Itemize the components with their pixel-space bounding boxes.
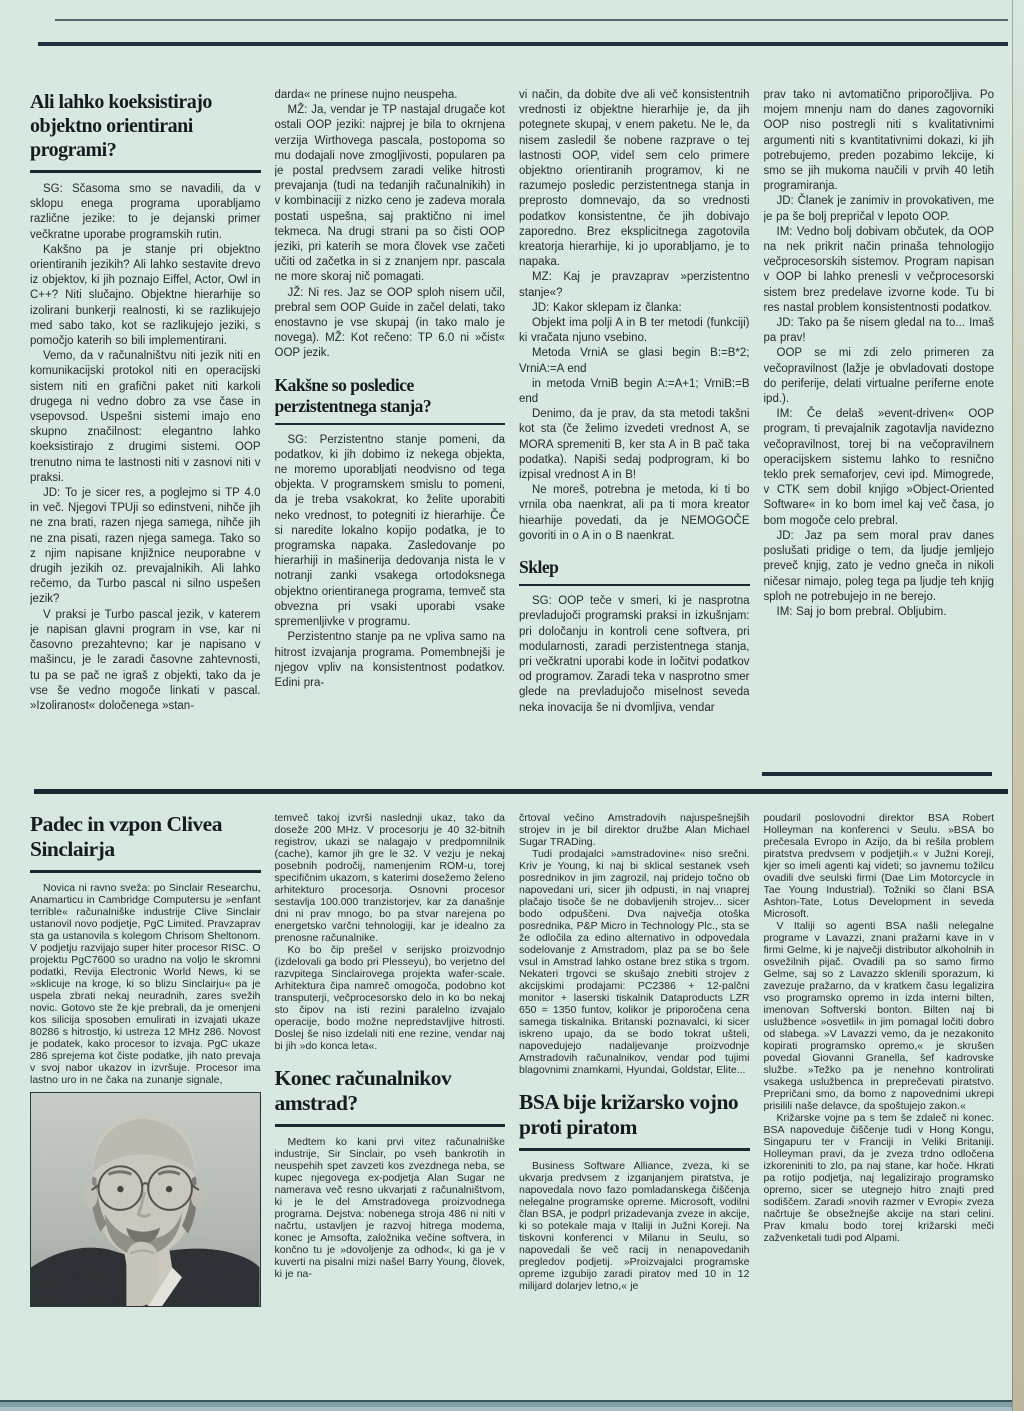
- amstrad-col2-text: Medtem ko kani prvi vitez računalniške i…: [275, 1136, 506, 1280]
- paragraph: Medtem ko kani prvi vitez računalniške i…: [275, 1136, 506, 1280]
- news-section: Padec in vzpon Clivea Sinclairja Novica …: [30, 812, 994, 1400]
- oop-column-3: vi način, da dobite dve ali več konsiste…: [519, 88, 750, 789]
- paragraph: V Italiji so agenti BSA našli nelegalne …: [764, 920, 995, 1112]
- paragraph: IM: Če delaš »event-driven« OOP program,…: [764, 407, 995, 529]
- paragraph: Ko bo čip prešel v serijsko proizvodnjo …: [275, 944, 506, 1052]
- heading-rule: [30, 870, 261, 873]
- sinclair-col1-text: Novica ni ravno sveža: po Sinclair Resea…: [30, 882, 261, 1086]
- paragraph: Business Software Alliance, zveza, ki se…: [519, 1160, 750, 1292]
- paragraph: SG: Sčasoma smo se navadili, da v sklopu…: [30, 182, 261, 243]
- oop-col2-text-after: SG: Perzistentno stanje pomeni, da podat…: [275, 433, 506, 691]
- paragraph: MZ: Kaj je pravzaprav »perzistentno stan…: [519, 270, 750, 300]
- paragraph: V praksi je Turbo pascal jezik, v katere…: [30, 608, 261, 714]
- top-thin-rule: [55, 19, 1008, 21]
- paragraph: in metoda VrniB begin A:=A+1; VrniB:=B e…: [519, 377, 750, 407]
- paragraph: IM: Saj jo bom prebral. Obljubim.: [764, 605, 995, 620]
- paragraph: IM: Vedno bolj dobivam občutek, da OOP n…: [764, 225, 995, 316]
- amstrad-article-title: Konec računalnikov amstrad?: [275, 1066, 506, 1116]
- paragraph: JD: Jaz pa sem moral prav danes poslušat…: [764, 529, 995, 605]
- news-column-3: črtoval večino Amstradovih najuspešnejši…: [519, 812, 750, 1400]
- paragraph: Kakšno pa je stanje pri objektno orienti…: [30, 243, 261, 349]
- news-column-4: poudaril poslovodni direktor BSA Robert …: [764, 812, 995, 1400]
- page-right-edge: [1012, 0, 1024, 1411]
- paragraph: Novica ni ravno sveža: po Sinclair Resea…: [30, 882, 261, 1086]
- paragraph: MŽ: Ja, vendar je TP nastajal drugače ko…: [275, 103, 506, 285]
- magazine-page: Ali lahko koeksistirajo objektno orienti…: [0, 0, 1024, 1411]
- paragraph: SG: Perzistentno stanje pomeni, da podat…: [275, 433, 506, 631]
- news-column-1: Padec in vzpon Clivea Sinclairja Novica …: [30, 812, 261, 1400]
- paragraph: Metoda VrniA se glasi begin B:=B*2; Vrni…: [519, 346, 750, 376]
- paragraph: Vemo, da v računalništvu niti jezik niti…: [30, 349, 261, 486]
- paragraph: JD: Članek je zanimiv in provokativen, m…: [764, 194, 995, 224]
- page-bottom-strip: [0, 1400, 1024, 1411]
- paragraph: prav tako ni avtomatično priporočljiva. …: [764, 88, 995, 194]
- oop-column-2: darda« ne prinese nujno neuspeha.MŽ: Ja,…: [275, 88, 506, 789]
- paragraph: OOP se mi zdi zelo primeren za večopravi…: [764, 346, 995, 407]
- oop-col4-text: prav tako ni avtomatično priporočljiva. …: [764, 88, 995, 620]
- oop-article: Ali lahko koeksistirajo objektno orienti…: [30, 88, 994, 789]
- paragraph: JD: To je sicer res, a poglejmo si TP 4.…: [30, 486, 261, 608]
- paragraph: darda« ne prinese nujno neuspeha.: [275, 88, 506, 103]
- paragraph: Tudi prodajalci »amstradovine« niso sreč…: [519, 848, 750, 1076]
- heading-rule: [30, 170, 261, 173]
- paragraph: črtoval večino Amstradovih najuspešnejši…: [519, 812, 750, 848]
- heading-rule: [519, 1148, 750, 1151]
- paragraph: SG: OOP teče v smeri, ki je nasprotna pr…: [519, 594, 750, 716]
- paragraph: vi način, da dobite dve ali več konsiste…: [519, 88, 750, 270]
- heading-rule: [275, 423, 506, 425]
- section-divider-rule: [34, 789, 1008, 794]
- bsa-col4-text: poudaril poslovodni direktor BSA Robert …: [764, 812, 995, 1244]
- sinclair-col2-text: temveč takoj izvrši naslednji ukaz, tako…: [275, 812, 506, 1052]
- paragraph: JD: Kakor sklepam iz članka:: [519, 301, 750, 316]
- paragraph: Križarske vojne pa s tem še zdaleč ni ko…: [764, 1112, 995, 1244]
- paragraph: JŽ: Ni res. Jaz se OOP sploh nisem učil,…: [275, 286, 506, 362]
- clive-sinclair-photo: [30, 1092, 261, 1307]
- paragraph: Ne moreš, potrebna je metoda, ki ti bo v…: [519, 483, 750, 544]
- news-column-2: temveč takoj izvrši naslednji ukaz, tako…: [275, 812, 506, 1400]
- conclusion-heading: Sklep: [519, 557, 750, 578]
- sinclair-article-title: Padec in vzpon Clivea Sinclairja: [30, 812, 261, 862]
- column4-end-rule: [762, 772, 992, 776]
- paragraph: poudaril poslovodni direktor BSA Robert …: [764, 812, 995, 920]
- oop-col3-text-after: SG: OOP teče v smeri, ki je nasprotna pr…: [519, 594, 750, 716]
- paragraph: JD: Tako pa še nisem gledal na to... Ima…: [764, 316, 995, 346]
- portrait-illustration: [31, 1093, 260, 1306]
- paragraph: Perzistentno stanje pa ne vpliva samo na…: [275, 630, 506, 691]
- bsa-article-title: BSA bije križarsko vojno proti piratom: [519, 1090, 750, 1140]
- paragraph: Objekt ima polji A in B ter metodi (funk…: [519, 316, 750, 346]
- amstrad-col3-text: črtoval večino Amstradovih najuspešnejši…: [519, 812, 750, 1076]
- heading-rule: [275, 1124, 506, 1127]
- bsa-col3-text: Business Software Alliance, zveza, ki se…: [519, 1160, 750, 1292]
- persistence-heading: Kakšne so posledice perzistentnega stanj…: [275, 375, 506, 417]
- paragraph: temveč takoj izvrši naslednji ukaz, tako…: [275, 812, 506, 944]
- oop-col2-text: darda« ne prinese nujno neuspeha.MŽ: Ja,…: [275, 88, 506, 362]
- heading-rule: [519, 584, 750, 586]
- top-thick-rule: [38, 42, 1008, 46]
- oop-column-1: Ali lahko koeksistirajo objektno orienti…: [30, 88, 261, 789]
- oop-article-title: Ali lahko koeksistirajo objektno orienti…: [30, 88, 261, 162]
- oop-col1-text: SG: Sčasoma smo se navadili, da v sklopu…: [30, 182, 261, 714]
- paragraph: Denimo, da je prav, da sta metodi takšni…: [519, 407, 750, 483]
- oop-col3-text: vi način, da dobite dve ali več konsiste…: [519, 88, 750, 544]
- oop-column-4: prav tako ni avtomatično priporočljiva. …: [764, 88, 995, 789]
